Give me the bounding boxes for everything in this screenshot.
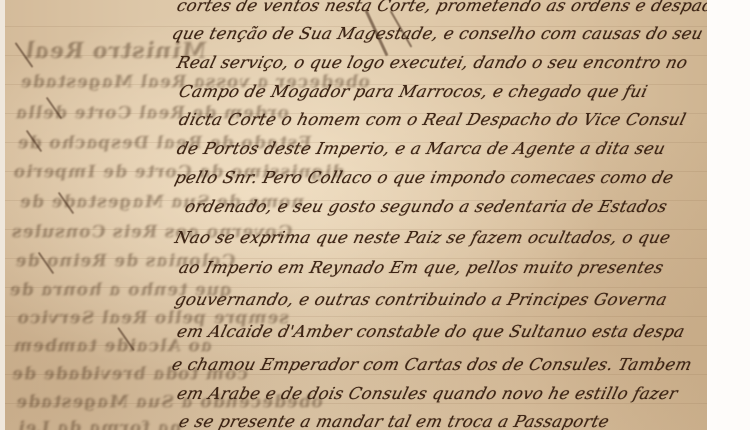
manuscript-line: Nao se exprima que neste Paiz se fazem o…	[173, 228, 673, 247]
bleed-line: na forma da Lei	[14, 418, 185, 430]
manuscript-line: ordenado, e seu gosto segundo a sedentar…	[183, 197, 669, 216]
scan-margin	[707, 0, 750, 430]
manuscript-line: em Arabe e de dois Consules quando novo …	[175, 384, 680, 403]
manuscript-line: Campo de Mogador para Marrocos, e chegad…	[177, 82, 650, 101]
manuscript-line: e se presente a mandar tal em troca a Pa…	[177, 412, 611, 430]
manuscript-line: em Alcaide d'Amber constable do que Sult…	[175, 322, 687, 341]
manuscript-line: Real serviço, o que logo executei, dando…	[175, 53, 690, 72]
manuscript-line: dicta Corte o homem com o Real Despacho …	[177, 110, 688, 129]
manuscript-line: gouvernando, e outras contribuindo a Pri…	[173, 290, 669, 309]
manuscript-line: cortes de ventos nesta Corte, prometendo…	[175, 0, 707, 15]
manuscript-page: Ministro Real obedecer a vossa Real Mage…	[5, 0, 707, 430]
manuscript-line: pello Snr. Pero Collaco o que impondo co…	[173, 168, 676, 187]
manuscript-line: que tenção de Sua Magestade, e conselho …	[170, 24, 705, 43]
manuscript-line: e chamou Emperador com Cartas dos de Con…	[170, 355, 694, 374]
manuscript-line: de Portos deste Imperio, e a Marca de Ag…	[175, 139, 667, 158]
manuscript-line: ao Imperio em Reynado Em que, pellos mui…	[177, 258, 666, 277]
